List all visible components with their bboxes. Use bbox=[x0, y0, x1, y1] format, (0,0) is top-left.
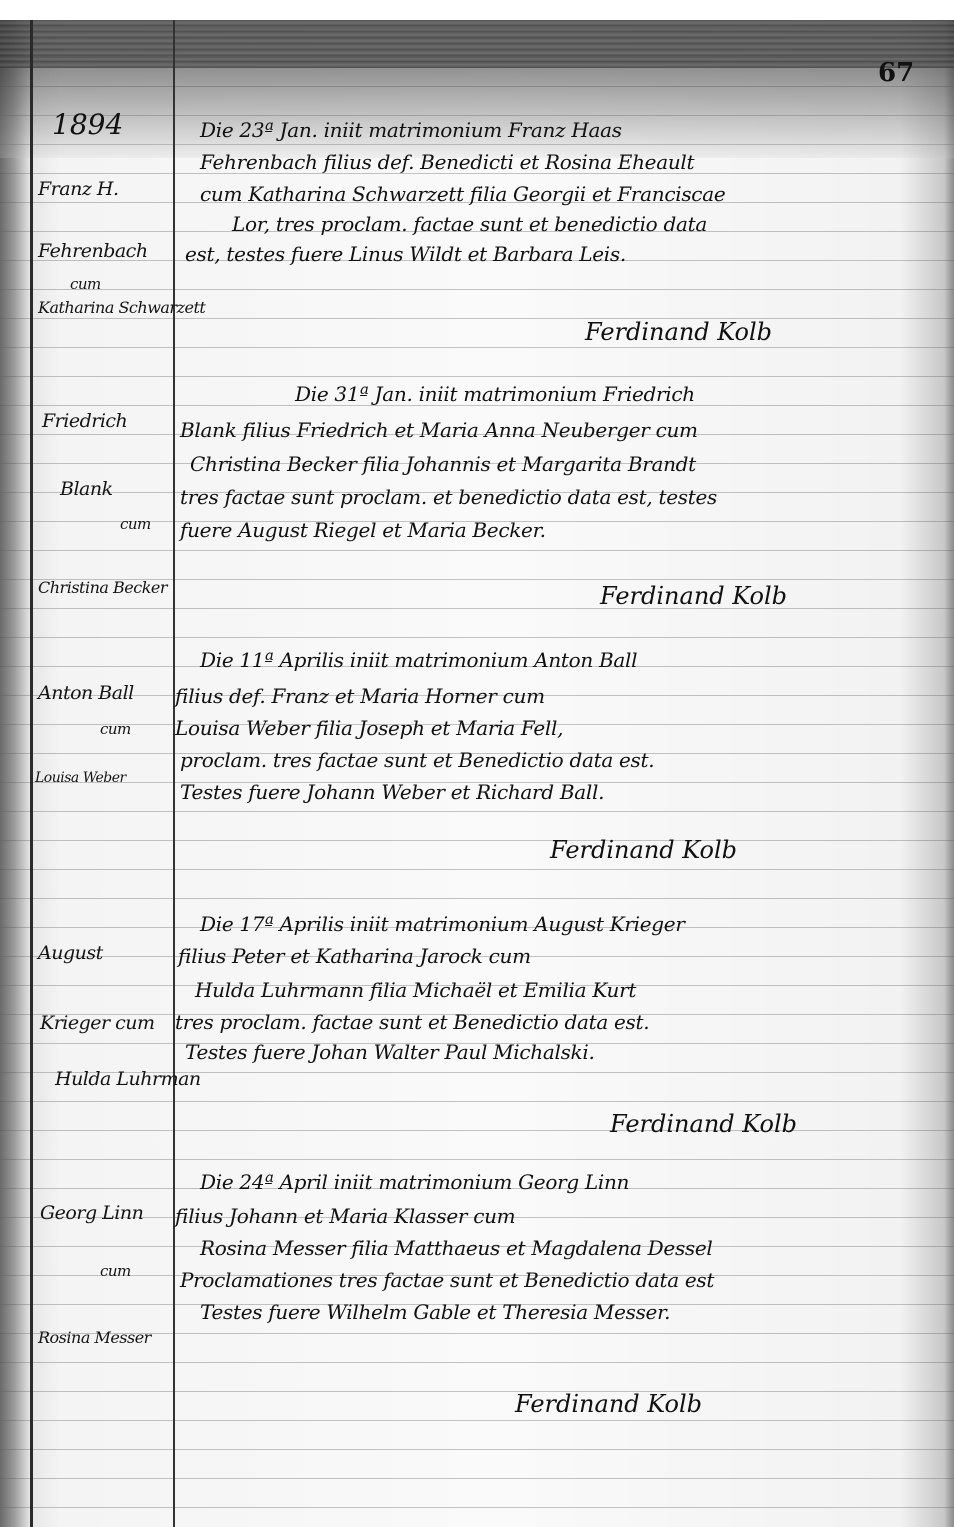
margin-cum: cum bbox=[70, 275, 101, 293]
margin-bride: Katharina Schwarzett bbox=[38, 298, 205, 317]
entry-line: Testes fuere Johann Weber et Richard Bal… bbox=[180, 780, 604, 804]
entry-line: Die 31ª Jan. iniit matrimonium Friedrich bbox=[295, 382, 695, 406]
priest-signature: Ferdinand Kolb bbox=[585, 318, 772, 346]
margin-groom-first: August bbox=[38, 942, 103, 964]
margin-groom-first: Franz H. bbox=[38, 178, 119, 200]
priest-signature: Ferdinand Kolb bbox=[610, 1110, 797, 1138]
entry-line: Lor, tres proclam. factae sunt et benedi… bbox=[232, 212, 707, 236]
margin-groom-last: Blank bbox=[60, 478, 113, 500]
entry-line: Proclamationes tres factae sunt et Bened… bbox=[180, 1268, 714, 1292]
margin-bride: Louisa Weber bbox=[35, 770, 126, 786]
margin-groom-last: Fehrenbach bbox=[38, 240, 148, 262]
entry-line: Die 23ª Jan. iniit matrimonium Franz Haa… bbox=[200, 118, 622, 142]
column-divider-rule bbox=[173, 20, 175, 1527]
scan-dark-band bbox=[0, 20, 954, 68]
entry-line: est, testes fuere Linus Wildt et Barbara… bbox=[185, 242, 626, 266]
entry-line: proclam. tres factae sunt et Benedictio … bbox=[180, 748, 654, 772]
entry-line: filius def. Franz et Maria Horner cum bbox=[175, 684, 545, 708]
margin-cum: cum bbox=[120, 515, 151, 533]
entry-line: Blank filius Friedrich et Maria Anna Neu… bbox=[180, 418, 698, 442]
priest-signature: Ferdinand Kolb bbox=[550, 836, 737, 864]
entry-line: tres factae sunt proclam. et benedictio … bbox=[180, 485, 717, 509]
margin-groom: Georg Linn bbox=[40, 1202, 143, 1224]
margin-groom: Anton Ball bbox=[38, 682, 134, 704]
margin-bride: Hulda Luhrman bbox=[55, 1068, 201, 1090]
entry-line: Die 11ª Aprilis iniit matrimonium Anton … bbox=[200, 648, 637, 672]
entry-line: tres proclam. factae sunt et Benedictio … bbox=[175, 1010, 649, 1034]
left-margin-rule bbox=[30, 20, 33, 1527]
margin-bride: Rosina Messer bbox=[38, 1328, 151, 1347]
priest-signature: Ferdinand Kolb bbox=[515, 1390, 702, 1418]
margin-groom-last: Krieger cum bbox=[40, 1012, 155, 1034]
margin-cum: cum bbox=[100, 720, 131, 738]
page-number: 67 bbox=[878, 58, 914, 88]
entry-line: Christina Becker filia Johannis et Marga… bbox=[190, 452, 696, 476]
entry-line: Rosina Messer filia Matthaeus et Magdale… bbox=[200, 1236, 713, 1260]
entry-line: Fehrenbach filius def. Benedicti et Rosi… bbox=[200, 150, 694, 174]
priest-signature: Ferdinand Kolb bbox=[600, 582, 787, 610]
margin-cum: cum bbox=[100, 1262, 131, 1280]
entry-line: filius Johann et Maria Klasser cum bbox=[175, 1204, 515, 1228]
entry-line: cum Katharina Schwarzett filia Georgii e… bbox=[200, 182, 725, 206]
entry-line: Die 24ª April iniit matrimonium Georg Li… bbox=[200, 1170, 629, 1194]
register-year: 1894 bbox=[52, 108, 123, 141]
margin-groom-first: Friedrich bbox=[42, 410, 127, 432]
scan-top-margin bbox=[0, 0, 954, 20]
entry-line: Die 17ª Aprilis iniit matrimonium August… bbox=[200, 912, 685, 936]
entry-line: Testes fuere Johan Walter Paul Michalski… bbox=[185, 1040, 595, 1064]
entry-line: Testes fuere Wilhelm Gable et Theresia M… bbox=[200, 1300, 670, 1324]
register-page: 67 1894 Franz H. Fehrenbach cum Katharin… bbox=[0, 0, 954, 1527]
entry-line: Louisa Weber filia Joseph et Maria Fell, bbox=[175, 716, 563, 740]
entry-line: fuere August Riegel et Maria Becker. bbox=[180, 518, 546, 542]
entry-line: Hulda Luhrmann filia Michaël et Emilia K… bbox=[195, 978, 636, 1002]
scan-shadow bbox=[0, 68, 954, 158]
entry-line: filius Peter et Katharina Jarock cum bbox=[178, 944, 531, 968]
margin-bride: Christina Becker bbox=[38, 578, 167, 597]
